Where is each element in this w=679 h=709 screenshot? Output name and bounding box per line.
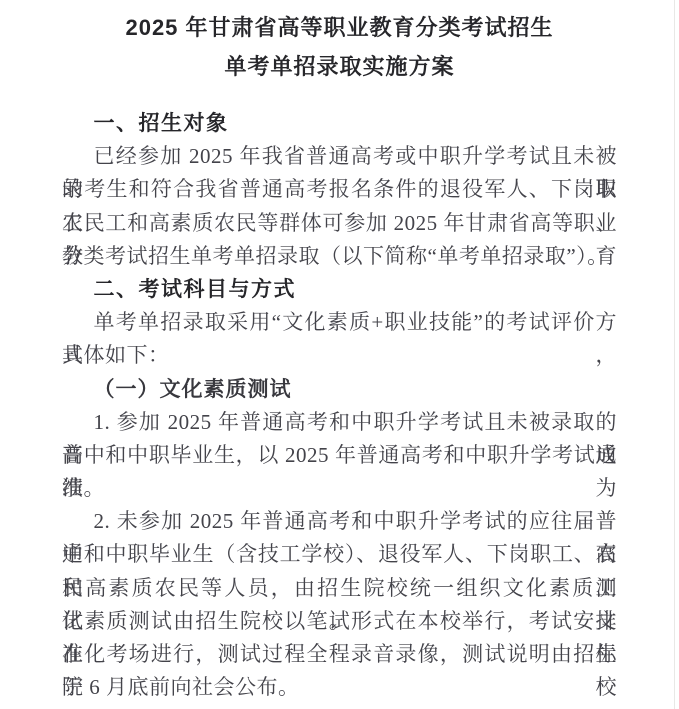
doc-line-17: 准化考场进行，测试过程全程录音录像，测试说明由招生院校	[62, 638, 617, 671]
doc-line-13: 2. 未参加 2025 年普通高考和中职升学考试的应往届普通高	[62, 505, 617, 538]
doc-line-4: 农民工和高素质农民等群体可参加 2025 年甘肃省高等职业教育	[62, 207, 617, 240]
doc-line-15: 和高素质农民等人员，由招生院校统一组织文化素质测试。文	[62, 572, 617, 605]
doc-line-1: 一、招生对象	[62, 107, 617, 140]
page-edge-line	[674, 0, 675, 709]
doc-line-5: 分类考试招生单考单招录取（以下简称“单考单招录取”）。	[62, 240, 617, 273]
doc-line-6: 二、考试科目与方式	[62, 273, 617, 306]
document-lines: 一、招生对象已经参加 2025 年我省普通高考或中职升学考试且未被录取的考生和符…	[62, 107, 617, 704]
doc-line-7: 单考单招录取采用“文化素质+职业技能”的考试评价方式，	[62, 306, 617, 339]
doc-line-14: 中和中职毕业生（含技工学校）、退役军人、下岗职工、农民工	[62, 538, 617, 571]
document-title: 2025 年甘肃省高等职业教育分类考试招生 单考单招录取实施方案	[0, 0, 679, 86]
document-title-line-1: 2025 年甘肃省高等职业教育分类考试招生	[0, 8, 679, 47]
doc-line-11: 高中和中职毕业生，以 2025 年普通高考和中职升学考试成绩为	[62, 439, 617, 472]
document-page: 2025 年甘肃省高等职业教育分类考试招生 单考单招录取实施方案 一、招生对象已…	[0, 0, 679, 709]
doc-line-9: （一）文化素质测试	[62, 373, 617, 406]
document-title-line-2: 单考单招录取实施方案	[0, 47, 679, 86]
doc-line-10: 1. 参加 2025 年普通高考和中职升学考试且未被录取的普通	[62, 406, 617, 439]
doc-line-3: 的考生和符合我省普通高考报名条件的退役军人、下岗职工、	[62, 173, 617, 206]
doc-line-16: 化素质测试由招生院校以笔试形式在本校举行，考试安排在标	[62, 605, 617, 638]
doc-line-2: 已经参加 2025 年我省普通高考或中职升学考试且未被录取	[62, 140, 617, 173]
